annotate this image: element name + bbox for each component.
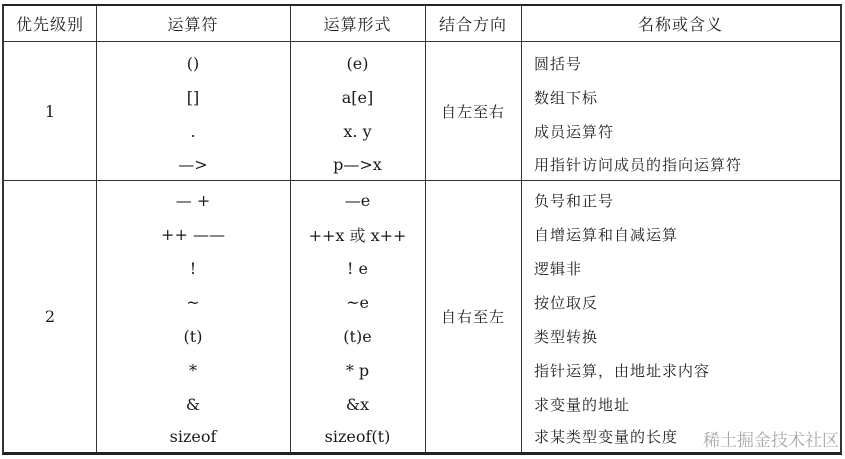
form-cell: (t)e — [290, 319, 425, 353]
operator-cell: & — [96, 387, 290, 421]
operator-cell: () — [96, 46, 290, 80]
meaning-cell: 自增运算和自减运算 — [534, 217, 834, 251]
meaning-cell: 指针运算，由地址求内容 — [534, 353, 834, 387]
associativity-1: 自左至右 — [425, 43, 521, 180]
form-cell: —e — [290, 183, 425, 217]
priority-2: 2 — [4, 182, 96, 450]
operator-cell: ! — [96, 251, 290, 285]
meaning-cell: 求变量的地址 — [534, 387, 834, 421]
meaning-cell: 按位取反 — [534, 285, 834, 319]
meaning-cell: 逻辑非 — [534, 251, 834, 285]
form-cell: * p — [290, 353, 425, 387]
form-cell: ++x 或 x++ — [290, 217, 425, 251]
form-cell: ! e — [290, 251, 425, 285]
header-meaning: 名称或含义 — [521, 6, 840, 41]
group-divider — [4, 180, 840, 181]
header-associativity: 结合方向 — [425, 6, 521, 41]
column-divider — [521, 6, 522, 452]
meaning-cell: 圆括号 — [534, 46, 834, 80]
meaning-cell: 类型转换 — [534, 319, 834, 353]
form-cell: ~e — [290, 285, 425, 319]
header-form: 运算形式 — [290, 6, 425, 41]
header-operator: 运算符 — [96, 6, 290, 41]
form-cell: &x — [290, 387, 425, 421]
meaning-cell: 负号和正号 — [534, 183, 834, 217]
form-cell: a[e] — [290, 80, 425, 114]
form-cell: (e) — [290, 46, 425, 80]
operator-cell: [] — [96, 80, 290, 114]
operator-cell: . — [96, 114, 290, 148]
meaning-cell: 用指针访问成员的指向运算符 — [534, 148, 834, 180]
form-cell: p—>x — [290, 148, 425, 180]
operator-cell: ~ — [96, 285, 290, 319]
priority-1: 1 — [4, 43, 96, 180]
form-cell: sizeof(t) — [290, 419, 425, 453]
watermark: 稀土掘金技术社区 — [703, 426, 839, 451]
operator-cell: — + — [96, 183, 290, 217]
operator-cell: sizeof — [96, 419, 290, 453]
meaning-cell: 数组下标 — [534, 80, 834, 114]
associativity-2: 自右至左 — [425, 182, 521, 450]
operator-cell: (t) — [96, 319, 290, 353]
form-cell: x. y — [290, 114, 425, 148]
header-divider — [4, 41, 840, 42]
operator-cell: * — [96, 353, 290, 387]
operator-precedence-table: 优先级别 运算符 运算形式 结合方向 名称或含义 1 自左至右 () (e) 圆… — [2, 4, 842, 455]
header-priority: 优先级别 — [4, 6, 96, 41]
operator-cell: ++ —— — [96, 217, 290, 251]
operator-cell: —> — [96, 148, 290, 180]
meaning-cell: 成员运算符 — [534, 114, 834, 148]
